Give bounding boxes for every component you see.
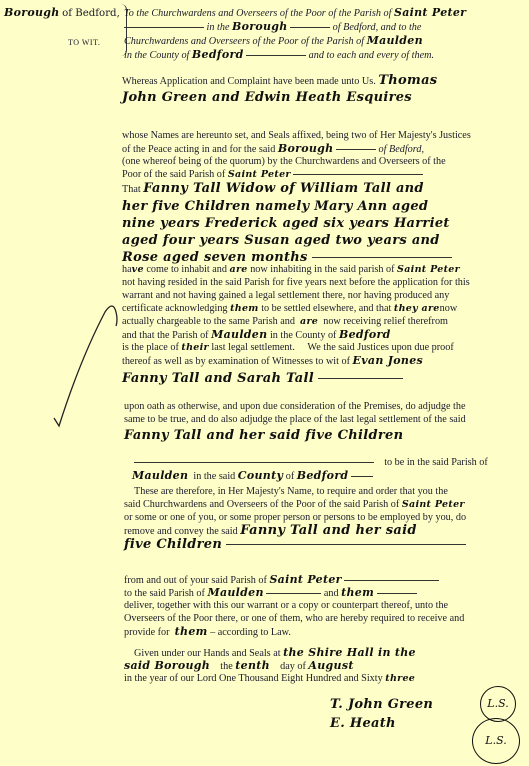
order-line-2: said Churchwardens and Overseers of the … bbox=[124, 498, 465, 511]
removed-persons-2: five Children bbox=[124, 537, 222, 552]
settle-l5-a: actually chargeable to the same Parish a… bbox=[122, 316, 295, 327]
header-line-2: in the Borough of Bedford, and to the bbox=[124, 20, 421, 34]
fill-line bbox=[266, 593, 321, 594]
header-line-4: in the County of Bedford and to each and… bbox=[124, 48, 434, 62]
fill-line bbox=[351, 476, 373, 477]
given-line-2: said Borough the tenth day of August bbox=[124, 659, 354, 673]
fill-line bbox=[293, 174, 423, 175]
fill-line bbox=[124, 27, 204, 28]
county-bedford-3: Bedford bbox=[297, 469, 349, 482]
given-the: the bbox=[220, 661, 232, 672]
day-tenth: tenth bbox=[235, 659, 270, 672]
header-line-3: Churchwardens and Overseers of the Poor … bbox=[124, 34, 423, 48]
settle-text-2: now inhabiting in the said parish of bbox=[250, 264, 394, 275]
fill-line bbox=[134, 462, 374, 463]
settle-l6-a: and that the Parish of bbox=[122, 330, 209, 341]
order-line-1: These are therefore, in Her Majesty's Na… bbox=[134, 485, 448, 498]
county-hand: County bbox=[238, 469, 283, 482]
parish-saint-peter-3: Saint Peter bbox=[397, 264, 460, 275]
adjudge-line-1: upon oath as otherwise, and upon due con… bbox=[124, 400, 466, 413]
whereas-text: Whereas Application and Complaint have b… bbox=[122, 76, 376, 87]
given-line-1: Given under our Hands and Seals at the S… bbox=[134, 646, 416, 660]
county-bedford-2: Bedford bbox=[339, 328, 391, 341]
convey-line-5: provide for them – according to Law. bbox=[124, 625, 291, 639]
settle-l7-b: last legal settlement. We the said Justi… bbox=[211, 342, 453, 353]
place-shire-hall: the Shire Hall in the bbox=[283, 646, 416, 659]
convey-line-3: deliver, together with this our warrant … bbox=[124, 599, 448, 612]
fill-line bbox=[226, 544, 466, 545]
borough-heading: Borough of Bedford, bbox=[4, 6, 120, 20]
adjudged-persons: Fanny Tall and her said five Children bbox=[124, 428, 403, 443]
adjudge-l4-text: to be in the said Parish of bbox=[384, 457, 488, 468]
borough-hand-2: Borough bbox=[232, 20, 288, 33]
parish-maulden-4: Maulden bbox=[207, 586, 263, 599]
settlement-line-7: is the place of their last legal settlem… bbox=[122, 341, 454, 354]
given-line-3: in the year of our Lord One Thousand Eig… bbox=[124, 672, 415, 685]
header-line-4-text: in the County of bbox=[124, 50, 189, 61]
fill-line bbox=[377, 593, 417, 594]
header-line-4-tail: and to each and every of them. bbox=[309, 50, 434, 61]
said-borough: said Borough bbox=[124, 659, 210, 672]
adjudge-line-4: to be in the said Parish of bbox=[134, 456, 488, 469]
justice-first-name: Thomas bbox=[378, 73, 437, 88]
fill-line bbox=[290, 27, 330, 28]
settlement-line-8: thereof as well as by examination of Wit… bbox=[122, 354, 423, 368]
settle-l4-b: to be settled elsewhere, and that bbox=[261, 303, 391, 314]
fill-line bbox=[246, 55, 306, 56]
given-day-of: day of bbox=[280, 661, 306, 672]
whereas-line: Whereas Application and Complaint have b… bbox=[122, 74, 437, 88]
parish-saint-peter: Saint Peter bbox=[394, 6, 466, 19]
settlement-line-6: and that the Parish of Maulden in the Co… bbox=[122, 328, 391, 342]
fill-line bbox=[336, 149, 376, 150]
parish-saint-peter-5: Saint Peter bbox=[269, 573, 341, 586]
settlement-line-2: not having resided in the said Parish fo… bbox=[122, 276, 470, 289]
parish-maulden-2: Maulden bbox=[211, 328, 267, 341]
order-l2-a: said Churchwardens and Overseers of the … bbox=[124, 499, 399, 510]
justices-line-4: Poor of the said Parish of Saint Peter bbox=[122, 168, 423, 181]
pauper-names-3: nine years Frederick aged six years Harr… bbox=[122, 216, 450, 231]
header-line-1-text: To the Churchwardens and Overseers of th… bbox=[124, 8, 391, 19]
parish-maulden-3: Maulden bbox=[132, 469, 188, 482]
month-august: August bbox=[308, 659, 353, 672]
justices-line-1: whose Names are hereunto set, and Seals … bbox=[122, 129, 471, 142]
signature-john-green: T. John Green bbox=[330, 697, 433, 712]
adjudge-line-5: Maulden in the said County of Bedford bbox=[132, 469, 373, 483]
convey-line-1: from and out of your said Parish of Sain… bbox=[124, 573, 439, 587]
witnesses-row: Fanny Tall and Sarah Tall bbox=[122, 369, 403, 387]
seal-2: L.S. bbox=[472, 718, 520, 764]
justices-line-3: (one whereof being of the quorum) by the… bbox=[122, 155, 446, 168]
settle-they-are: they are bbox=[394, 303, 440, 314]
seal-1-label: L.S. bbox=[481, 697, 515, 710]
convey-them: them bbox=[341, 586, 374, 599]
year-three: three bbox=[385, 673, 415, 684]
convey-them-2: them bbox=[175, 625, 208, 638]
bedford-tail: of Bedford, and to the bbox=[333, 22, 422, 33]
header-line-1: To the Churchwardens and Overseers of th… bbox=[124, 6, 466, 20]
parish-saint-peter-4: Saint Peter bbox=[402, 499, 465, 510]
persons-line-1: That Fanny Tall Widow of William Tall an… bbox=[122, 182, 424, 196]
pauper-names-4: aged four years Susan aged two years and bbox=[122, 233, 440, 248]
fill-line bbox=[318, 378, 403, 379]
to-wit-label: TO WIT. bbox=[68, 36, 100, 49]
pauper-names-1: Fanny Tall Widow of William Tall and bbox=[143, 181, 424, 196]
fill-line bbox=[312, 257, 452, 258]
adjudge-l5-a: in the said bbox=[193, 471, 235, 482]
seal-1: L.S. bbox=[480, 686, 516, 722]
convey-l5-a: provide for bbox=[124, 627, 170, 638]
borough-handwritten: Borough bbox=[4, 6, 60, 19]
adjudge-l5-b: of bbox=[286, 471, 295, 482]
settlement-line-4: certificate acknowledging them to be set… bbox=[122, 302, 457, 315]
settlement-line-3: warrant and not having gained a legal se… bbox=[122, 289, 449, 302]
settle-them: them bbox=[230, 303, 259, 314]
pauper-names-2: her five Children namely Mary Ann aged bbox=[122, 199, 428, 214]
convey-line-4: Overseers of the Poor there, or one of t… bbox=[124, 612, 464, 625]
settle-now: now bbox=[440, 303, 458, 314]
witness-evan-jones: Evan Jones bbox=[353, 354, 423, 367]
settle-l8-a: thereof as well as by examination of Wit… bbox=[122, 356, 350, 367]
parish-maulden: Maulden bbox=[367, 34, 423, 47]
in-the-text: in the bbox=[207, 22, 230, 33]
justices-line-2-text: of the Peace acting in and for the said bbox=[122, 144, 275, 155]
settlement-line-5: actually chargeable to the same Parish a… bbox=[122, 315, 448, 328]
adjudge-line-2: same to be true, and do also adjudge the… bbox=[124, 413, 466, 426]
of-bedford: of Bedford, bbox=[379, 144, 424, 155]
seal-2-label: L.S. bbox=[473, 734, 519, 747]
order-line-5: five Children bbox=[124, 535, 466, 553]
settle-l7-a: is the place of bbox=[122, 342, 179, 353]
justices-names: John Green and Edwin Heath Esquires bbox=[122, 90, 412, 105]
convey-l2-a: to the said Parish of bbox=[124, 588, 205, 599]
witnesses-fanny-sarah: Fanny Tall and Sarah Tall bbox=[122, 371, 314, 386]
borough-hand-3: Borough bbox=[278, 142, 334, 155]
signature-heath: E. Heath bbox=[330, 716, 396, 731]
borough-of-bedford: of Bedford, bbox=[62, 8, 120, 19]
settlement-line-1: have come to inhabit and are now inhabit… bbox=[122, 263, 460, 276]
checkmark-icon bbox=[40, 300, 120, 430]
settle-l4-a: certificate acknowledging bbox=[122, 303, 228, 314]
given-l3-a: in the year of our Lord One Thousand Eig… bbox=[124, 673, 383, 684]
justices-line-4-text: Poor of the said Parish of bbox=[122, 169, 225, 180]
that-text: That bbox=[122, 184, 141, 195]
convey-and: and bbox=[324, 588, 339, 599]
settle-l5-b: now receiving relief therefrom bbox=[323, 316, 448, 327]
settle-ha: ha bbox=[122, 264, 132, 275]
given-l1-a: Given under our Hands and Seals at bbox=[134, 648, 281, 659]
header-line-3-text: Churchwardens and Overseers of the Poor … bbox=[124, 36, 364, 47]
settle-text-1: come to inhabit and bbox=[146, 264, 227, 275]
fill-line bbox=[344, 580, 439, 581]
settle-their: their bbox=[181, 342, 208, 353]
convey-line-2: to the said Parish of Maulden and them bbox=[124, 586, 417, 600]
according-to-law: – according to Law. bbox=[210, 627, 291, 638]
parish-saint-peter-2: Saint Peter bbox=[228, 169, 291, 180]
justices-line-2: of the Peace acting in and for the said … bbox=[122, 142, 424, 156]
settle-ve: ve bbox=[132, 264, 144, 275]
county-bedford: Bedford bbox=[192, 48, 244, 61]
settle-are-2: are bbox=[300, 316, 318, 327]
settle-are: are bbox=[230, 264, 248, 275]
settle-l6-b: in the County of bbox=[270, 330, 337, 341]
convey-l1-a: from and out of your said Parish of bbox=[124, 575, 267, 586]
